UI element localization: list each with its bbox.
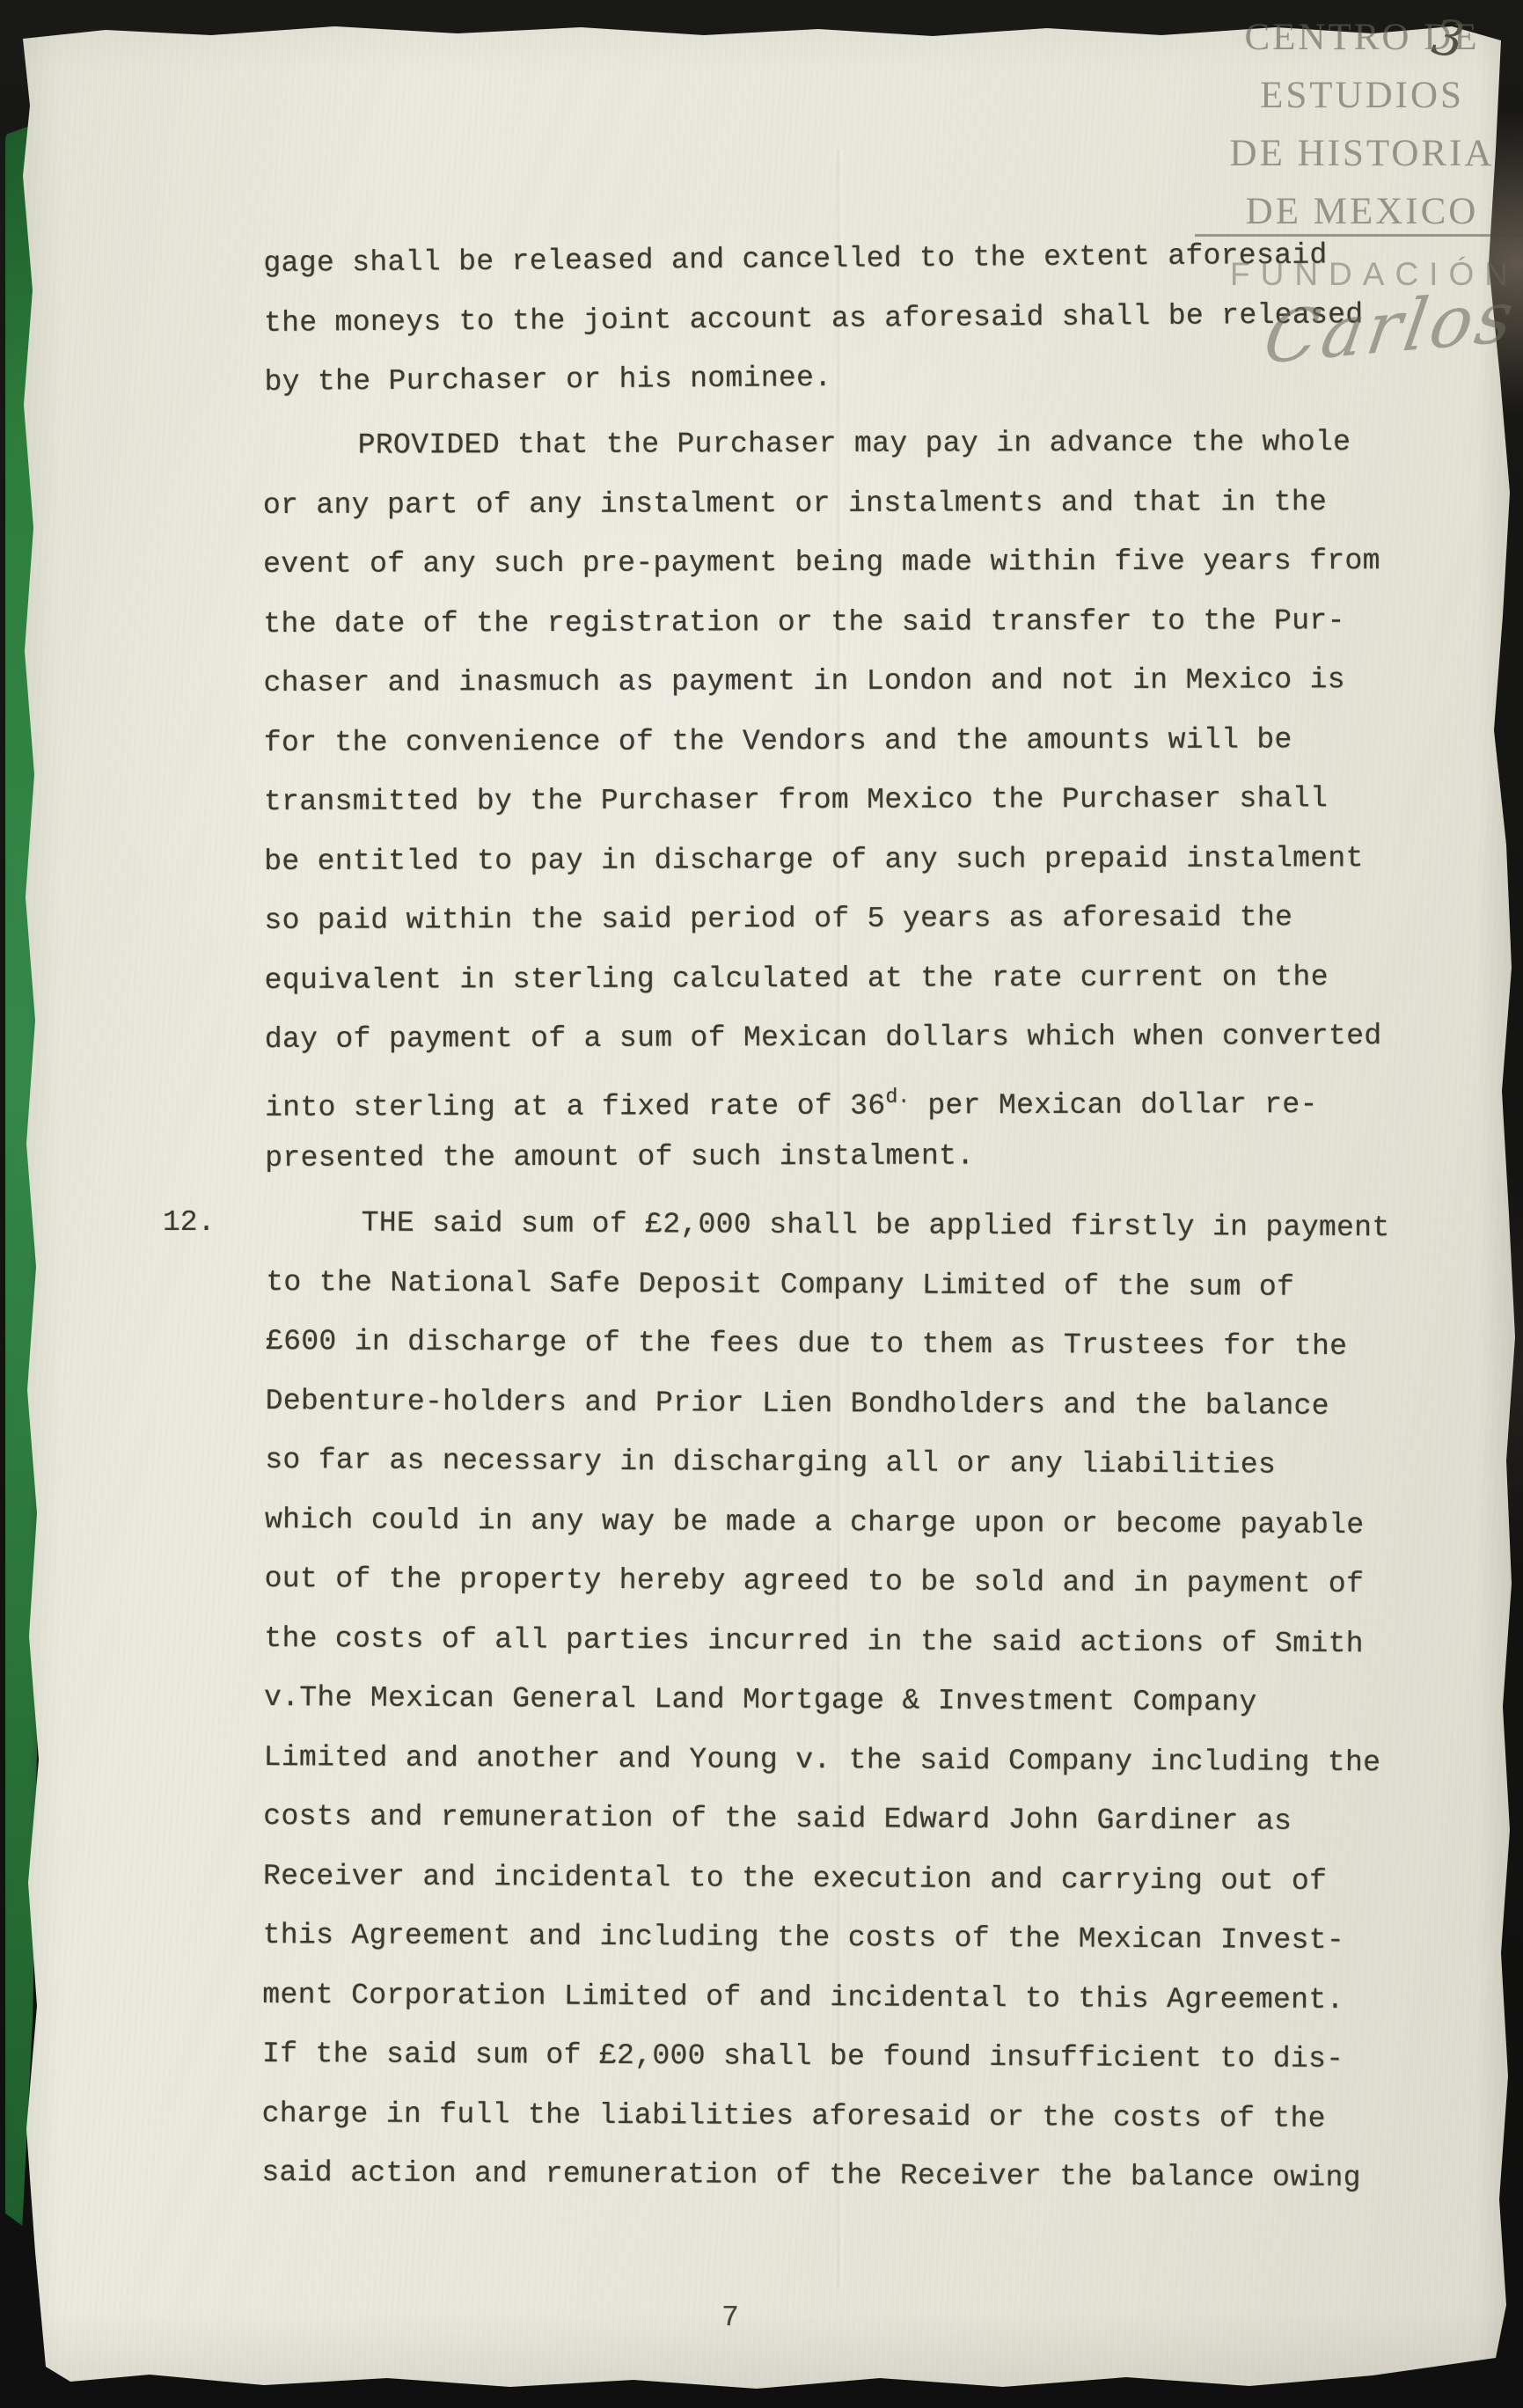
watermark-line: DE HISTORIA: [1207, 125, 1517, 183]
watermark-rule: [1195, 234, 1523, 237]
photographed-document: gage shall be released and cancelled to …: [0, 0, 1523, 2408]
watermark-institution: CENTRO DE ESTUDIOS DE HISTORIA DE MEXICO: [1207, 9, 1517, 241]
archive-watermark: CENTRO DE ESTUDIOS DE HISTORIA DE MEXICO…: [0, 0, 1523, 2408]
watermark-line: ESTUDIOS: [1207, 67, 1517, 125]
watermark-line: CENTRO DE: [1207, 9, 1517, 67]
watermark-line: DE MEXICO: [1207, 183, 1517, 241]
